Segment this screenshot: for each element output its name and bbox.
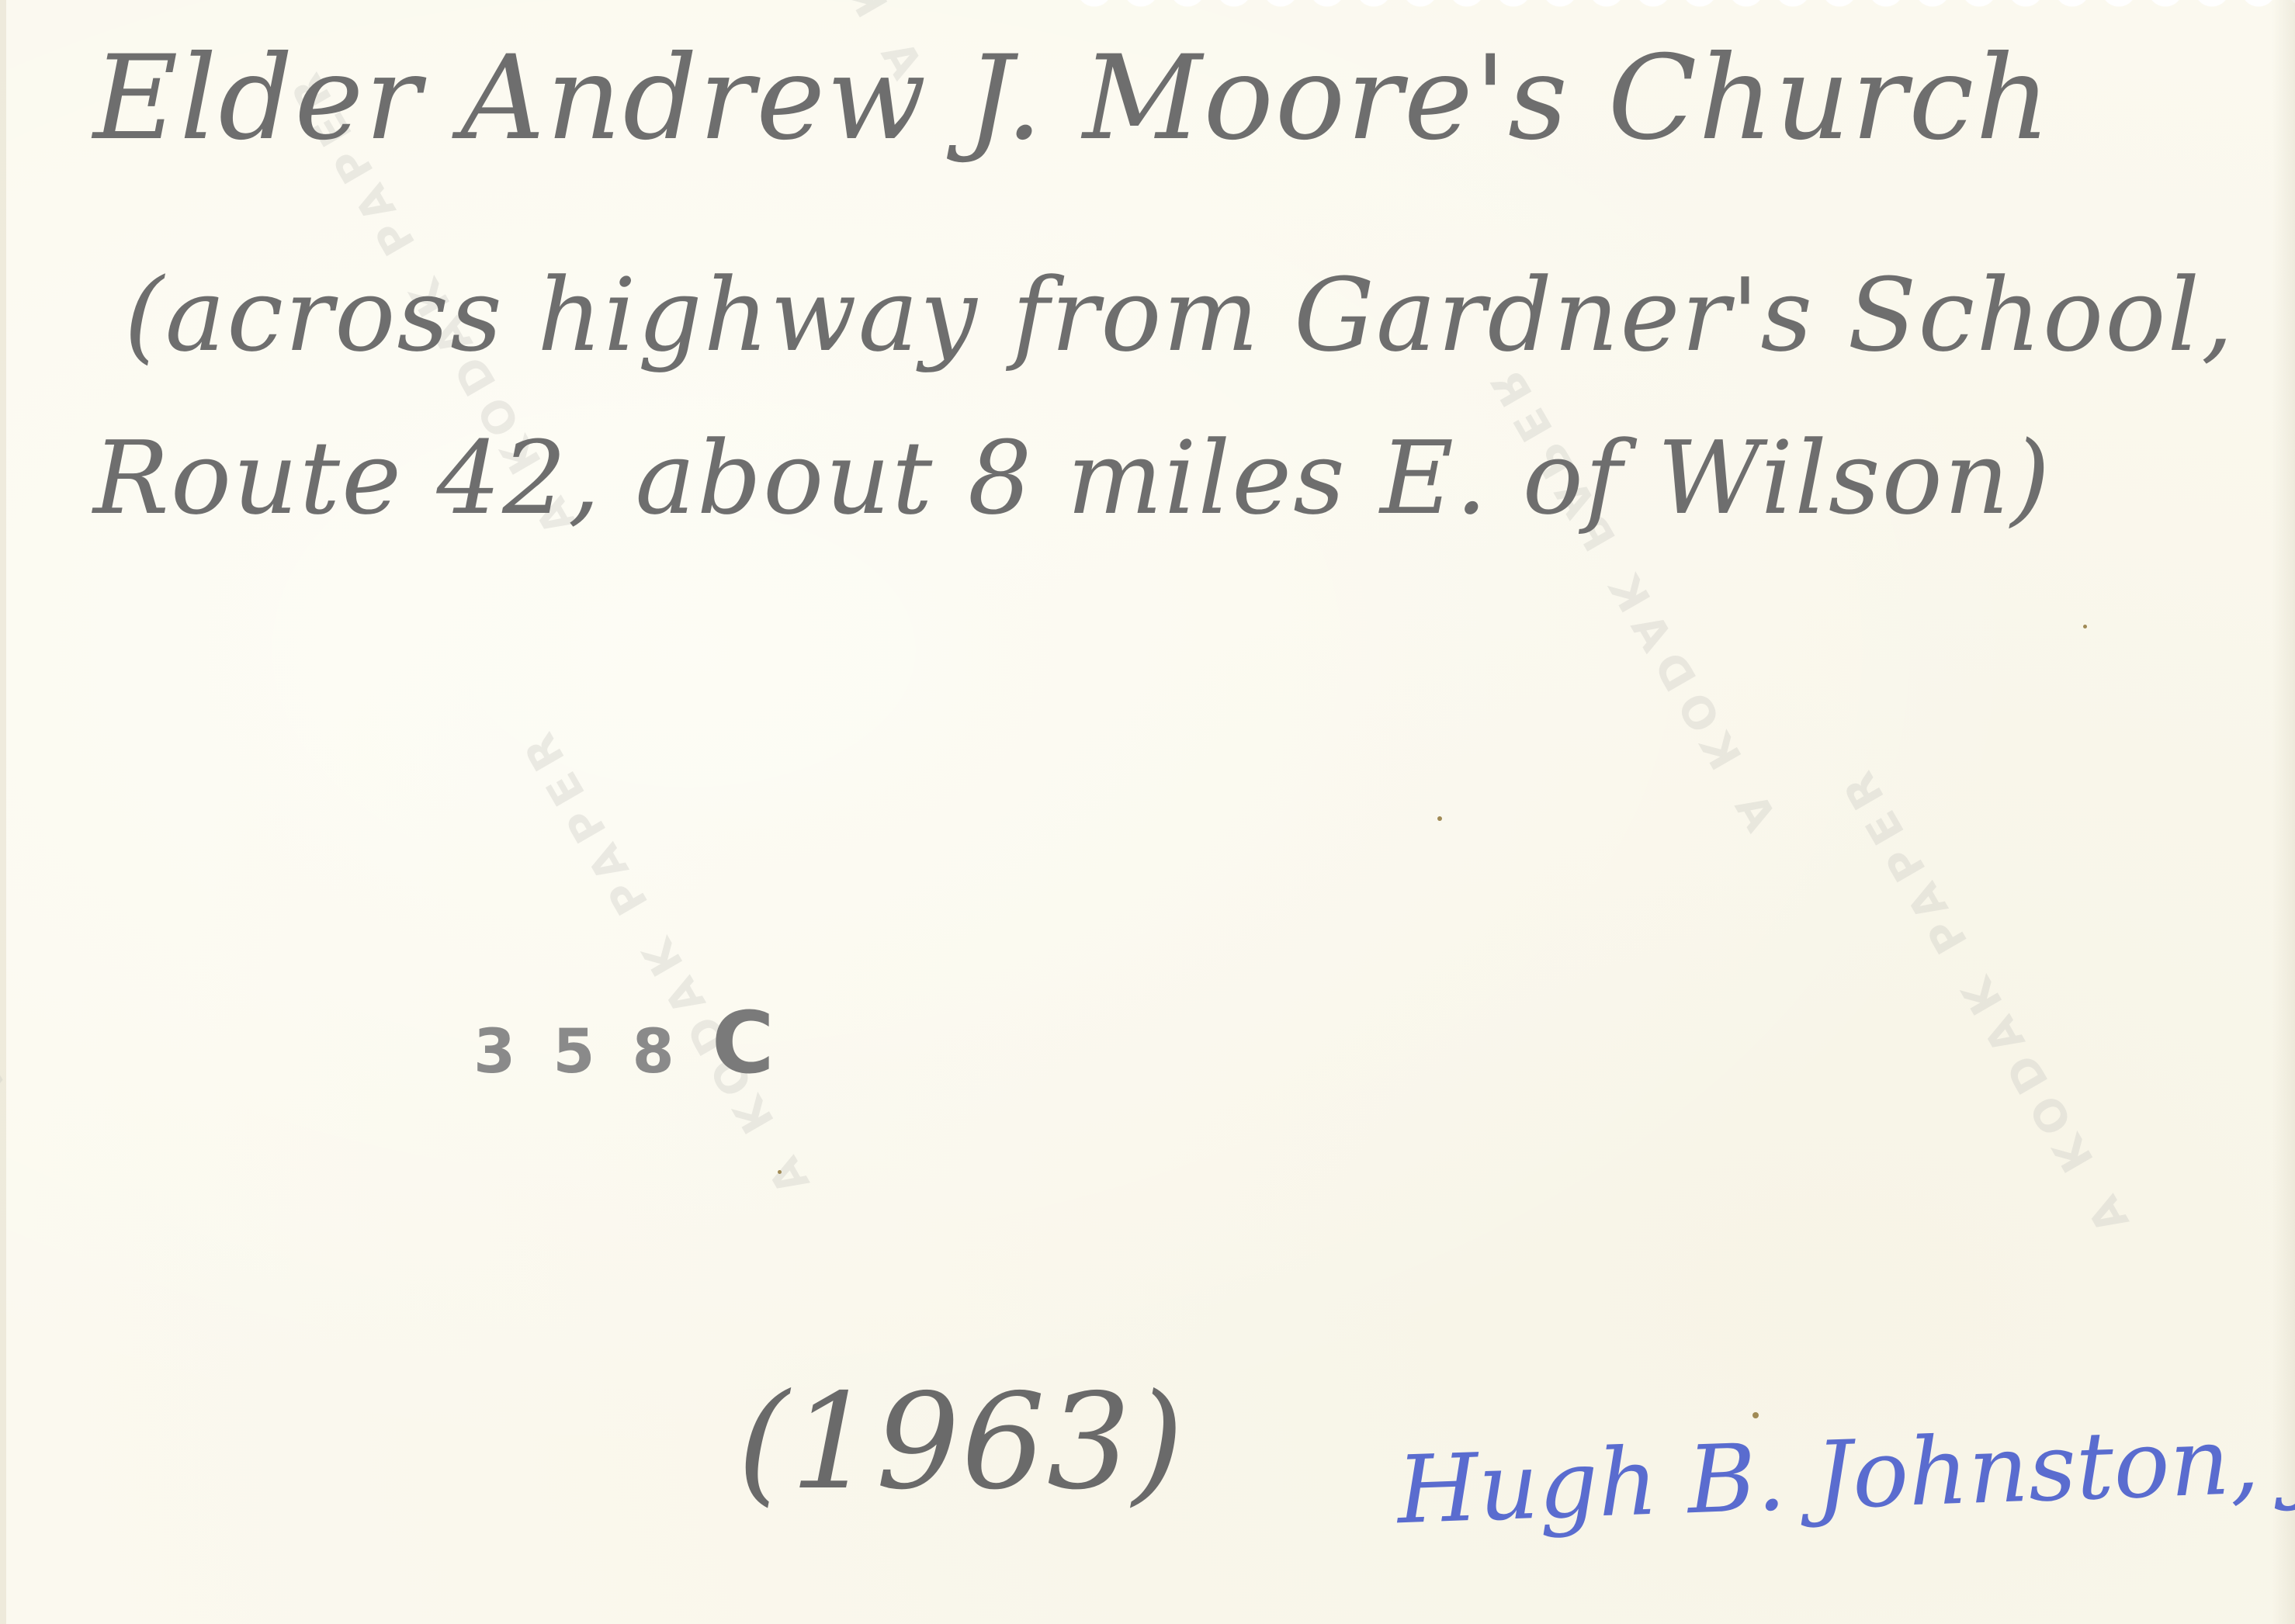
stamp-number: 358C: [473, 993, 812, 1092]
paper-spot: [1437, 816, 1442, 821]
signature: Hugh B. Johnston, Jr.: [1395, 1403, 2295, 1546]
kodak-watermark: A KODAK PAPER: [1829, 754, 2139, 1241]
stamp-digits: 358: [473, 1017, 712, 1087]
deckled-edge: [1071, 0, 2295, 11]
caption-line-3: Route 42, about 8 miles E. of Wilson): [93, 419, 2051, 537]
paper-spot: [1752, 1412, 1759, 1418]
stamp-letter: C: [712, 993, 812, 1092]
photo-back-card: A KODAK PAPER A KODAK PAPER A KODAK PAPE…: [0, 0, 2295, 1624]
caption-line-1: Elder Andrew J. Moore's Church: [93, 31, 2052, 166]
paper-spot: [778, 1170, 782, 1174]
paper-spot: [2083, 625, 2087, 628]
card-left-edge: [0, 0, 6, 1624]
caption-line-2: (across highway from Gardner's School,: [124, 256, 2234, 374]
card-right-edge: [2272, 0, 2295, 1624]
year-note: (1963): [737, 1366, 1185, 1519]
kodak-watermark: A KODAK PAPER: [509, 715, 820, 1203]
